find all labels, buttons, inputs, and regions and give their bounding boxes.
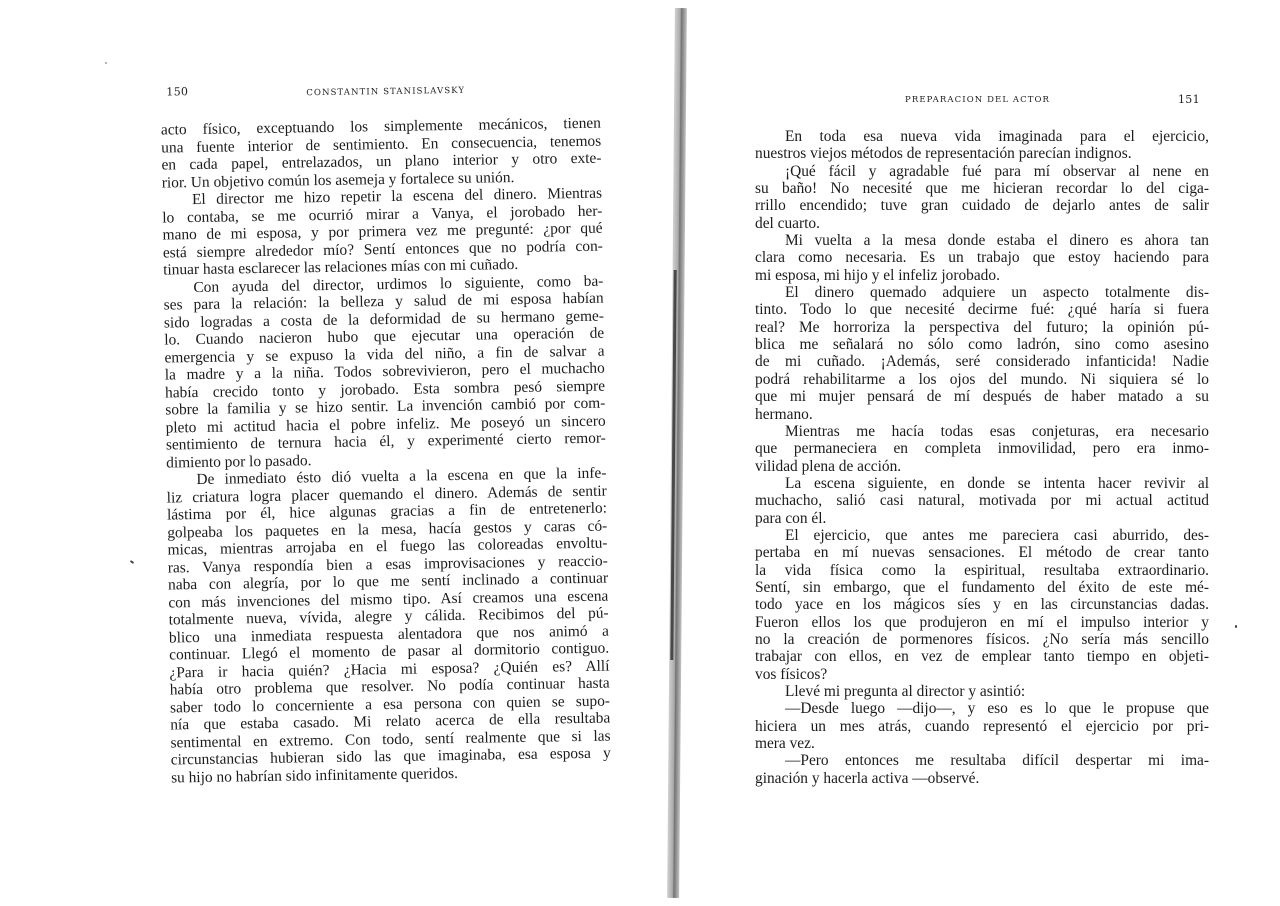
text-line: rrillo encendido; tuve gran cuidado de d… [755, 197, 1209, 214]
text-line: mera vez. [755, 735, 1209, 752]
text-line: vilidad plena de acción. [755, 458, 1209, 475]
text-line: vos físicos? [755, 666, 1209, 683]
text-line: Llevé mi pregunta al director y asintió: [755, 683, 1209, 700]
text-line: del cuarto. [755, 215, 1209, 232]
body-text: acto físico, exceptuando los simplemente… [161, 115, 611, 787]
text-line: la vida física como la espiritual, resul… [755, 562, 1209, 579]
text-line: no la creación de pormenores físicos. ¿N… [755, 631, 1209, 648]
scan-speck [1235, 625, 1237, 628]
left-page: 150 CONSTANTIN STANISLAVSKY acto físico,… [0, 0, 677, 906]
right-page: PREPARACION DEL ACTOR 151 En toda esa nu… [684, 0, 1280, 906]
page-number: 151 [1178, 93, 1200, 106]
text-line: de mi cuñado. ¡Además, seré considerado … [755, 353, 1209, 370]
text-line: tinto. Todo lo que necesité decirme fué:… [755, 301, 1209, 318]
text-line: ginación y hacerla activa —observé. [755, 770, 1209, 787]
text-line: Mi vuelta a la mesa donde estaba el dine… [755, 232, 1209, 249]
text-line: que mi mujer pensará de mí después de ha… [755, 388, 1209, 405]
text-line: La escena siguiente, en donde se intenta… [755, 475, 1209, 492]
text-line: —Pero entonces me resultaba difícil desp… [755, 752, 1209, 769]
text-line: Fueron ellos los que produjeron en mí el… [755, 614, 1209, 631]
text-line: podrá rehabilitarme a los ojos del mundo… [755, 371, 1209, 388]
text-line: ¡Qué fácil y agradable fué para mí obser… [755, 163, 1209, 180]
text-line: El dinero quemado adquiere un aspecto to… [755, 284, 1209, 301]
running-head: PREPARACION DEL ACTOR [905, 95, 1050, 105]
scan-speck [105, 62, 107, 64]
text-line: muchacho, salió casi natural, motivada p… [755, 492, 1209, 509]
text-line: Mientras me hacía todas esas conjeturas,… [755, 423, 1209, 440]
text-line: trabajar con ellos, en vez de emplear ta… [755, 648, 1209, 665]
text-line: nuestros viejos métodos de representació… [755, 145, 1209, 162]
text-line: su baño! No necesité que me hicieran rec… [755, 180, 1209, 197]
text-line: todo yace en los mágicos síes y en las c… [755, 596, 1209, 613]
running-head: CONSTANTIN STANISLAVSKY [306, 86, 465, 98]
body-text: En toda esa nueva vida imaginada para el… [755, 128, 1209, 787]
page-number: 150 [166, 85, 188, 98]
text-line: blica me señalará no sólo como ladrón, s… [755, 336, 1209, 353]
text-line: hiciera un mes atrás, cuando representó … [755, 718, 1209, 735]
text-line: En toda esa nueva vida imaginada para el… [755, 128, 1209, 145]
text-line: para con él. [755, 510, 1209, 527]
text-line: —Desde luego —dijo—, y eso es lo que le … [755, 700, 1209, 717]
text-line: pertaba en mí nuevas sensaciones. El mét… [755, 544, 1209, 561]
text-line: clara como necesaria. Es un trabajo que … [755, 249, 1209, 266]
text-line: real? Me horroriza la perspectiva del fu… [755, 319, 1209, 336]
text-line: El ejercicio, que antes me pareciera cas… [755, 527, 1209, 544]
text-line: que permaneciera en completa inmovilidad… [755, 440, 1209, 457]
text-line: hermano. [755, 406, 1209, 423]
text-line: mi esposa, mi hijo y el infeliz jorobado… [755, 267, 1209, 284]
text-line: Sentí, sin embargo, que el fundamento de… [755, 579, 1209, 596]
